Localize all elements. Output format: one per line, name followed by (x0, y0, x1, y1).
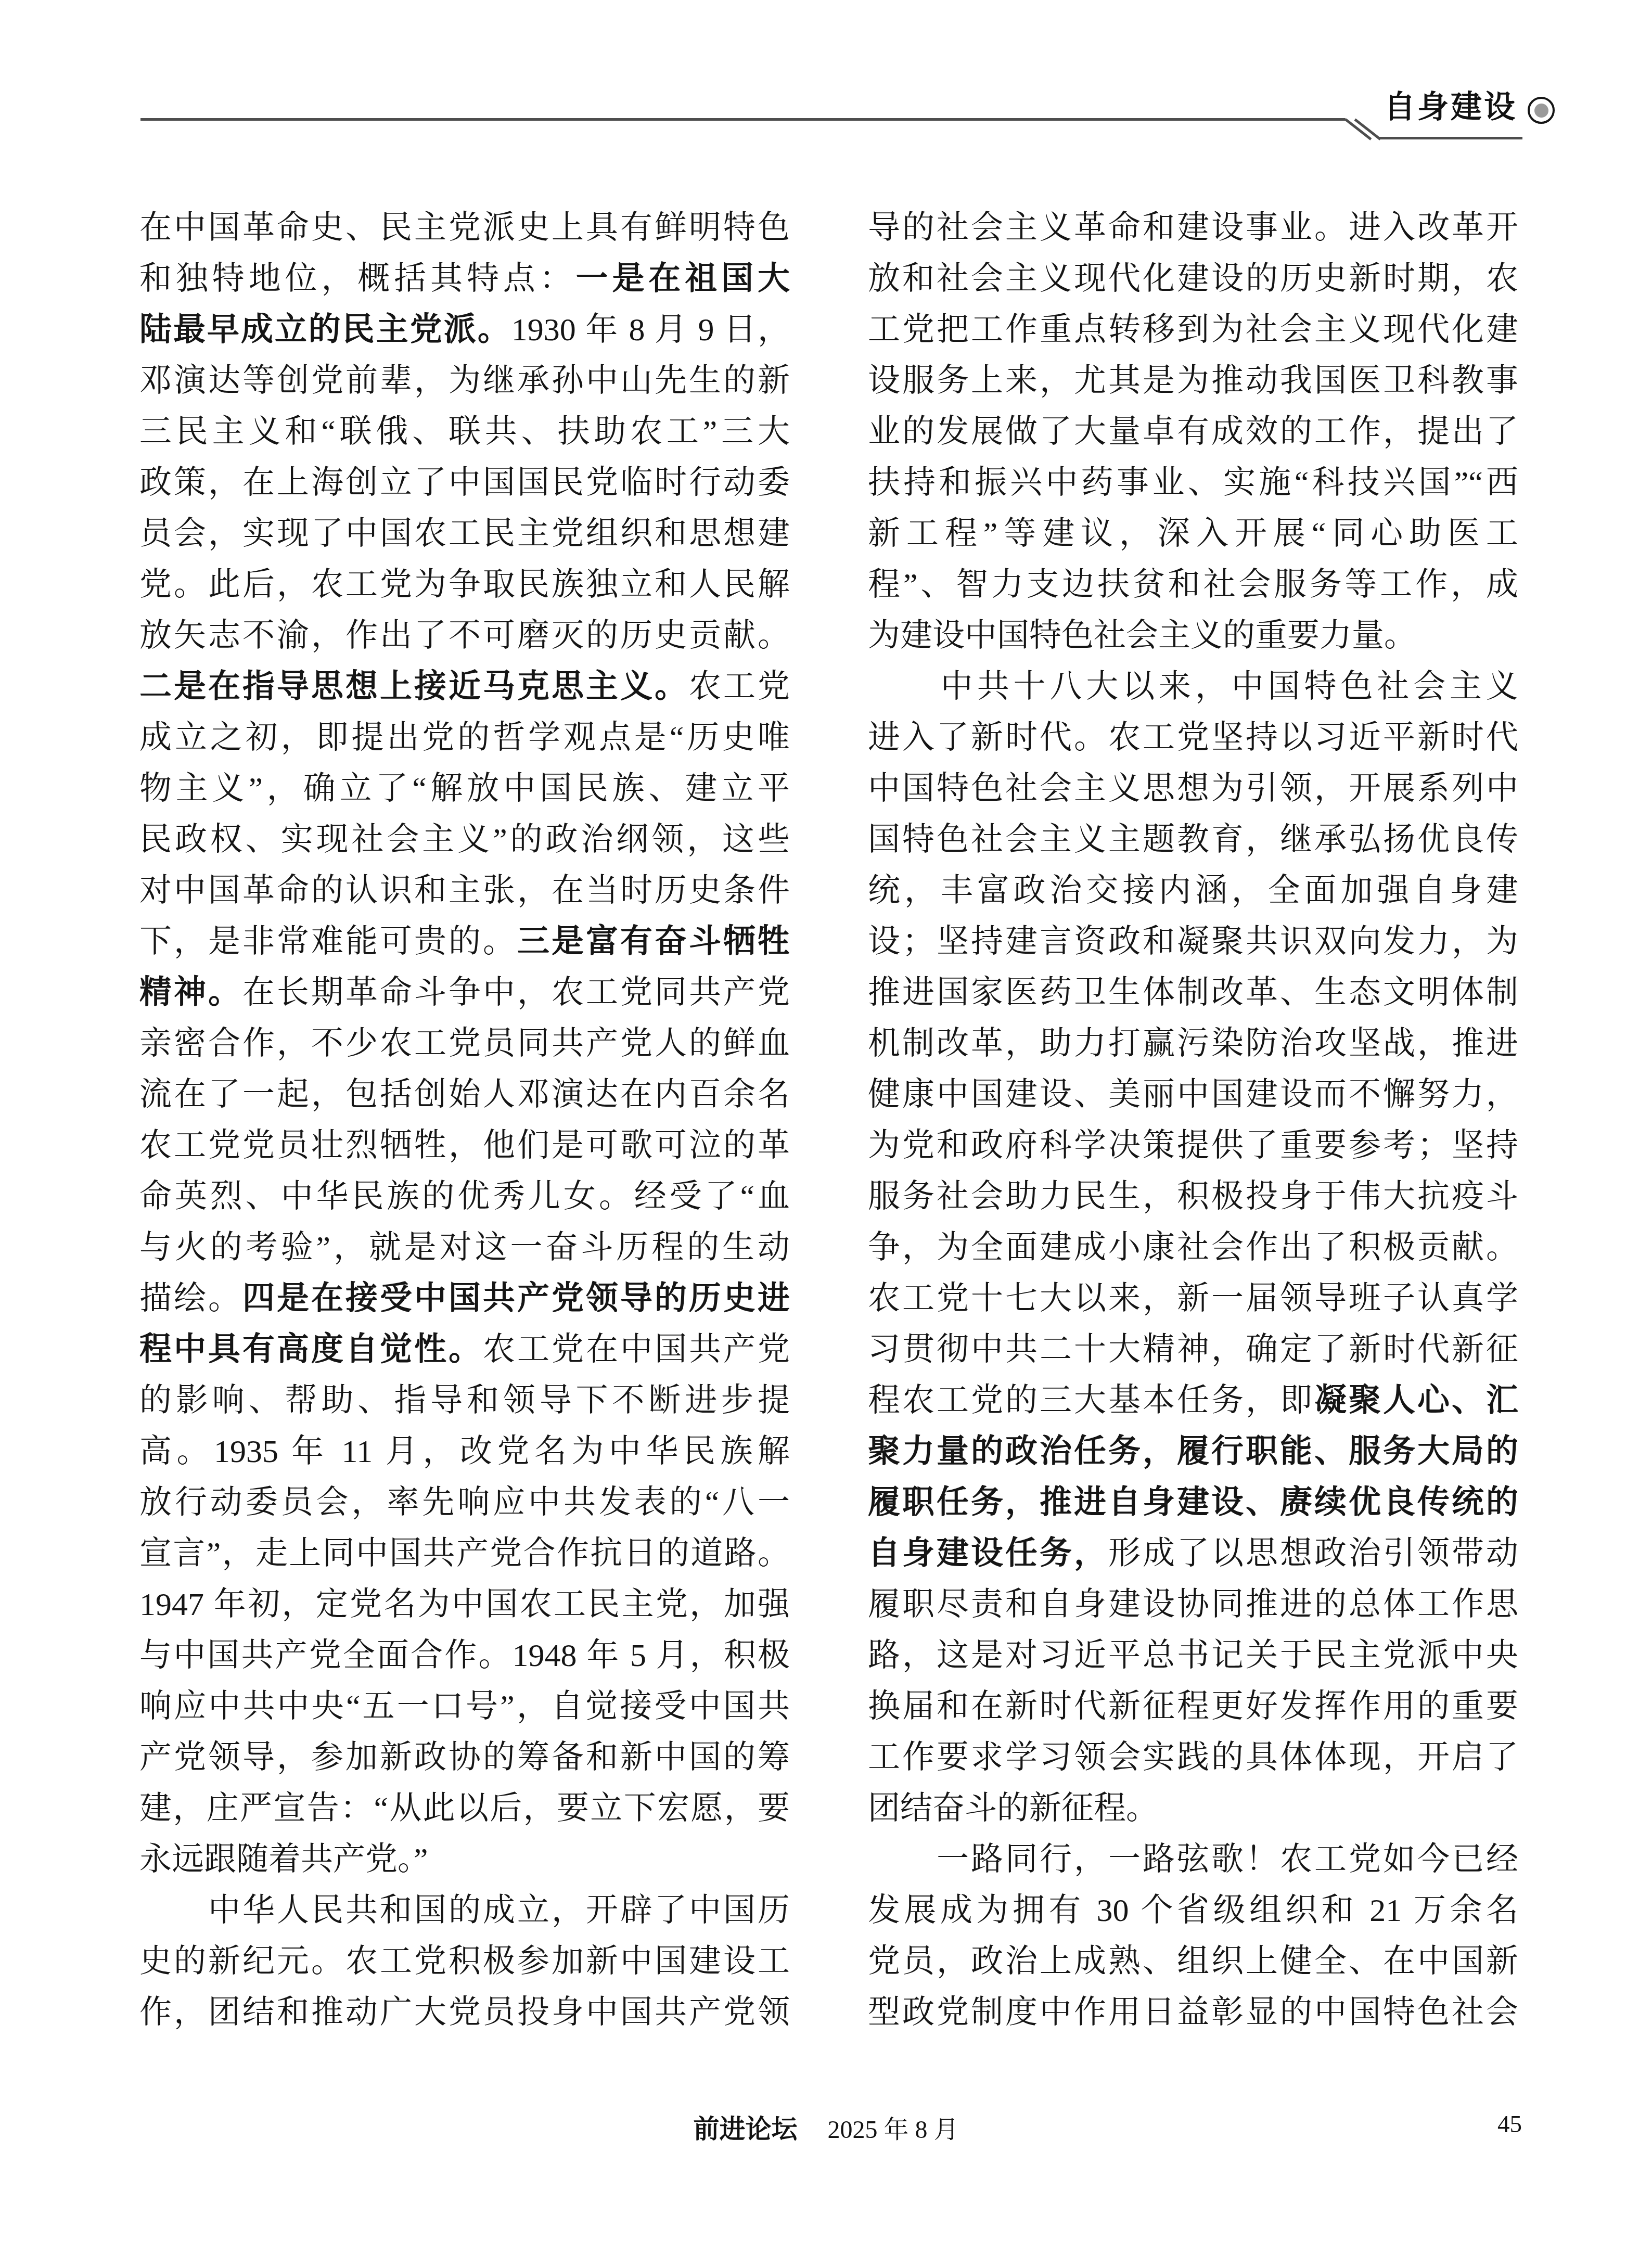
text-line: 作，团结和推动广大党员投身中国共产党领 (139, 1987, 790, 2038)
text-segment: 农工党十七大以来，新一届领导班子认真学 (868, 1281, 1518, 1316)
text-segment: 型政党制度中作用日益彰显的中国特色社会 (868, 1995, 1518, 2030)
text-segment: 业的发展做了大量卓有成效的工作，提出了 (868, 414, 1518, 450)
text-line: 型政党制度中作用日益彰显的中国特色社会 (868, 1987, 1518, 2038)
text-segment: 国特色社会主义主题教育，继承弘扬优良传 (868, 822, 1518, 857)
text-segment: 放和社会主义现代化建设的历史新时期，农 (868, 261, 1518, 297)
text-line: 流在了一起，包括创始人邓演达在内百余名 (139, 1069, 790, 1120)
text-segment: 1930 年 8 月 9 日， (511, 312, 790, 348)
journal-name: 前进论坛 (693, 2108, 797, 2146)
text-segment: 高。1935 年 11 月，改党名为中华民族解 (139, 1434, 790, 1469)
text-segment: 为党和政府科学决策提供了重要参考；坚持 (868, 1128, 1518, 1163)
bold-text-segment: 精神。 (139, 975, 242, 1010)
text-segment: 产党领导，参加新政协的筹备和新中国的筹 (139, 1740, 790, 1775)
text-line: 1947 年初，定党名为中国农工民主党，加强 (139, 1579, 790, 1630)
text-segment: 党。此后，农工党为争取民族独立和人民解 (139, 567, 790, 603)
text-line: 高。1935 年 11 月，改党名为中华民族解 (139, 1426, 790, 1477)
text-segment: 作，团结和推动广大党员投身中国共产党领 (139, 1995, 790, 2030)
section-label: 自身建设 (1384, 92, 1517, 123)
text-line: 进入了新时代。农工党坚持以习近平新时代 (868, 712, 1518, 763)
text-segment: 物主义”，确立了“解放中国民族、建立平 (139, 771, 790, 806)
text-line: 设服务上来，尤其是为推动我国医卫科教事 (868, 355, 1518, 406)
text-segment: 与中国共产党全面合作。1948 年 5 月，积极 (139, 1638, 790, 1673)
text-segment: 健康中国建设、美丽中国建设而不懈努力， (868, 1077, 1518, 1112)
text-line: 物主义”，确立了“解放中国民族、建立平 (139, 763, 790, 814)
text-segment: 与火的考验”，就是对这一奋斗历程的生动 (139, 1230, 790, 1265)
text-segment: 发展成为拥有 30 个省级组织和 21 万余名 (868, 1893, 1518, 1928)
text-line: 农工党十七大以来，新一届领导班子认真学 (868, 1273, 1518, 1324)
bold-text-segment: 履职任务，推进自身建设、赓续优良传统的 (868, 1485, 1518, 1520)
bold-text-segment: 聚力量的政治任务，履行职能、服务大局的 (868, 1434, 1518, 1469)
text-line: 健康中国建设、美丽中国建设而不懈努力， (868, 1069, 1518, 1120)
text-line: 中共十八大以来，中国特色社会主义 (868, 661, 1518, 712)
text-segment: 流在了一起，包括创始人邓演达在内百余名 (139, 1077, 790, 1112)
text-segment: 争，为全面建成小康社会作出了积极贡献。 (868, 1230, 1518, 1265)
text-line: 习贯彻中共二十大精神，确定了新时代新征 (868, 1324, 1518, 1375)
text-line: 设；坚持建言资政和凝聚共识双向发力，为 (868, 916, 1518, 967)
text-line: 程农工党的三大基本任务，即凝聚人心、汇 (868, 1375, 1518, 1426)
text-line: 三民主义和“联俄、联共、扶助农工”三大 (139, 406, 790, 457)
text-line: 亲密合作，不少农工党员同共产党人的鲜血 (139, 1018, 790, 1069)
header-rule-right (1378, 137, 1522, 139)
text-line: 为党和政府科学决策提供了重要参考；坚持 (868, 1120, 1518, 1171)
text-line: 描绘。四是在接受中国共产党领导的历史进 (139, 1273, 790, 1324)
text-line: 机制改革，助力打赢污染防治攻坚战，推进 (868, 1018, 1518, 1069)
text-segment: 中华人民共和国的成立，开辟了中国历 (139, 1893, 790, 1928)
text-line: 党。此后，农工党为争取民族独立和人民解 (139, 559, 790, 610)
text-column-right: 导的社会主义革命和建设事业。进入改革开放和社会主义现代化建设的历史新时期，农工党… (868, 202, 1518, 2038)
text-line: 与火的考验”，就是对这一奋斗历程的生动 (139, 1222, 790, 1273)
text-segment: 亲密合作，不少农工党员同共产党人的鲜血 (139, 1026, 790, 1061)
text-segment: 导的社会主义革命和建设事业。进入改革开 (868, 210, 1518, 246)
text-segment: 1947 年初，定党名为中国农工民主党，加强 (139, 1587, 790, 1622)
text-segment: 描绘。 (139, 1281, 242, 1316)
text-line: 响应中共中央“五一口号”，自觉接受中国共 (139, 1681, 790, 1732)
text-line: 邓演达等创党前辈，为继承孙中山先生的新 (139, 355, 790, 406)
text-line: 命英烈、中华民族的优秀儿女。经受了“血 (139, 1171, 790, 1222)
bold-text-segment: 程中具有高度自觉性。 (139, 1332, 483, 1367)
text-segment: 设服务上来，尤其是为推动我国医卫科教事 (868, 363, 1518, 399)
text-segment: 设；坚持建言资政和凝聚共识双向发力，为 (868, 924, 1518, 959)
text-segment: 一路同行，一路弦歌！农工党如今已经 (868, 1842, 1518, 1877)
text-line: 史的新纪元。农工党积极参加新中国建设工 (139, 1936, 790, 1987)
text-segment: 机制改革，助力打赢污染防治攻坚战，推进 (868, 1026, 1518, 1061)
text-segment: 团结奋斗的新征程。 (868, 1791, 1158, 1826)
text-line: 争，为全面建成小康社会作出了积极贡献。 (868, 1222, 1518, 1273)
text-segment: 三民主义和“联俄、联共、扶助农工”三大 (139, 414, 790, 450)
text-segment: 成立之初，即提出党的哲学观点是“历史唯 (139, 720, 790, 755)
text-column-left: 在中国革命史、民主党派史上具有鲜明特色和独特地位，概括其特点：一是在祖国大陆最早… (139, 202, 790, 2038)
text-segment: 响应中共中央“五一口号”，自觉接受中国共 (139, 1689, 790, 1724)
bold-text-segment: 四是在接受中国共产党领导的历史进 (242, 1281, 790, 1316)
text-line: 聚力量的政治任务，履行职能、服务大局的 (868, 1426, 1518, 1477)
text-line: 与中国共产党全面合作。1948 年 5 月，积极 (139, 1630, 790, 1681)
bold-text-segment: 二是在指导思想上接近马克思主义。 (139, 669, 689, 704)
text-line: 农工党党员壮烈牺牲，他们是可歌可泣的革 (139, 1120, 790, 1171)
text-line: 工作要求学习领会实践的具体体现，开启了 (868, 1732, 1518, 1783)
text-segment: 民政权、实现社会主义”的政治纲领，这些 (139, 822, 790, 857)
header-rule-left (140, 118, 1346, 121)
text-line: 在中国革命史、民主党派史上具有鲜明特色 (139, 202, 790, 253)
text-line: 业的发展做了大量卓有成效的工作，提出了 (868, 406, 1518, 457)
page-number: 45 (1497, 2110, 1522, 2138)
text-segment: 履职尽责和自身建设协同推进的总体工作思 (868, 1587, 1518, 1622)
text-line: 换届和在新时代新征程更好发挥作用的重要 (868, 1681, 1518, 1732)
bold-text-segment: 一是在祖国大 (576, 261, 790, 297)
text-line: 团结奋斗的新征程。 (868, 1783, 1518, 1834)
text-segment: 下，是非常难能可贵的。 (139, 924, 517, 959)
text-segment: 政策，在上海创立了中国国民党临时行动委 (139, 465, 790, 501)
text-line: 陆最早成立的民主党派。1930 年 8 月 9 日， (139, 304, 790, 355)
text-line: 统，丰富政治交接内涵，全面加强自身建 (868, 865, 1518, 916)
text-line: 发展成为拥有 30 个省级组织和 21 万余名 (868, 1885, 1518, 1936)
text-line: 履职尽责和自身建设协同推进的总体工作思 (868, 1579, 1518, 1630)
text-line: 下，是非常难能可贵的。三是富有奋斗牺牲 (139, 916, 790, 967)
text-segment: 中国特色社会主义思想为引领，开展系列中 (868, 771, 1518, 806)
text-segment: 为建设中国特色社会主义的重要力量。 (868, 618, 1416, 654)
text-line: 路，这是对习近平总书记关于民主党派中央 (868, 1630, 1518, 1681)
text-segment: 和独特地位，概括其特点： (139, 261, 576, 297)
text-line: 导的社会主义革命和建设事业。进入改革开 (868, 202, 1518, 253)
text-line: 精神。在长期革命斗争中，农工党同共产党 (139, 967, 790, 1018)
bold-text-segment: 凝聚人心、汇 (1314, 1383, 1518, 1418)
text-segment: 习贯彻中共二十大精神，确定了新时代新征 (868, 1332, 1518, 1367)
text-line: 中华人民共和国的成立，开辟了中国历 (139, 1885, 790, 1936)
text-segment: 对中国革命的认识和主张，在当时历史条件 (139, 873, 790, 908)
text-segment: 服务社会助力民生，积极投身于伟大抗疫斗 (868, 1179, 1518, 1214)
text-segment: 永远跟随着共产党。” (139, 1842, 428, 1877)
text-segment: 农工党党员壮烈牺牲，他们是可歌可泣的革 (139, 1128, 790, 1163)
text-segment: 在中国革命史、民主党派史上具有鲜明特色 (139, 210, 790, 246)
text-line: 扶持和振兴中药事业、实施“科技兴国”“西 (868, 457, 1518, 508)
text-line: 放矢志不渝，作出了不可磨灭的历史贡献。 (139, 610, 790, 661)
text-line: 工党把工作重点转移到为社会主义现代化建 (868, 304, 1518, 355)
text-line: 民政权、实现社会主义”的政治纲领，这些 (139, 814, 790, 865)
text-line: 放和社会主义现代化建设的历史新时期，农 (868, 253, 1518, 304)
text-line: 二是在指导思想上接近马克思主义。农工党 (139, 661, 790, 712)
text-segment: 邓演达等创党前辈，为继承孙中山先生的新 (139, 363, 790, 399)
text-segment: 中共十八大以来，中国特色社会主义 (868, 669, 1518, 704)
text-line: 对中国革命的认识和主张，在当时历史条件 (139, 865, 790, 916)
text-segment: 统，丰富政治交接内涵，全面加强自身建 (868, 873, 1518, 908)
bold-text-segment: 陆最早成立的民主党派。 (139, 312, 511, 348)
text-segment: 农工党 (689, 669, 790, 704)
text-segment: 放矢志不渝，作出了不可磨灭的历史贡献。 (139, 618, 790, 654)
text-segment: 工作要求学习领会实践的具体体现，开启了 (868, 1740, 1518, 1775)
text-line: 一路同行，一路弦歌！农工党如今已经 (868, 1834, 1518, 1885)
text-segment: 史的新纪元。农工党积极参加新中国建设工 (139, 1944, 790, 1979)
text-line: 为建设中国特色社会主义的重要力量。 (868, 610, 1518, 661)
text-line: 程中具有高度自觉性。农工党在中国共产党 (139, 1324, 790, 1375)
text-line: 国特色社会主义主题教育，继承弘扬优良传 (868, 814, 1518, 865)
text-segment: 路，这是对习近平总书记关于民主党派中央 (868, 1638, 1518, 1673)
circle-bullet-dot (1534, 104, 1548, 118)
text-line: 成立之初，即提出党的哲学观点是“历史唯 (139, 712, 790, 763)
text-segment: 进入了新时代。农工党坚持以习近平新时代 (868, 720, 1518, 755)
text-line: 中国特色社会主义思想为引领，开展系列中 (868, 763, 1518, 814)
text-segment: 推进国家医药卫生体制改革、生态文明体制 (868, 975, 1518, 1010)
text-line: 新工程”等建议，深入开展“同心助医工 (868, 508, 1518, 559)
text-line: 政策，在上海创立了中国国民党临时行动委 (139, 457, 790, 508)
bold-text-segment: 三是富有奋斗牺牲 (517, 924, 790, 959)
text-segment: 新工程”等建议，深入开展“同心助医工 (868, 516, 1518, 552)
text-segment: 党员，政治上成熟、组织上健全、在中国新 (868, 1944, 1518, 1979)
text-segment: 员会，实现了中国农工民主党组织和思想建 (139, 516, 790, 552)
journal-page: 自身建设 在中国革命史、民主党派史上具有鲜明特色和独特地位，概括其特点：一是在祖… (0, 0, 1652, 2242)
text-segment: 扶持和振兴中药事业、实施“科技兴国”“西 (868, 465, 1518, 501)
text-line: 和独特地位，概括其特点：一是在祖国大 (139, 253, 790, 304)
text-segment: 工党把工作重点转移到为社会主义现代化建 (868, 312, 1518, 348)
text-line: 员会，实现了中国农工民主党组织和思想建 (139, 508, 790, 559)
text-line: 建，庄严宣告：“从此以后，要立下宏愿，要 (139, 1783, 790, 1834)
text-line: 党员，政治上成熟、组织上健全、在中国新 (868, 1936, 1518, 1987)
text-segment: 建，庄严宣告：“从此以后，要立下宏愿，要 (139, 1791, 790, 1826)
text-line: 永远跟随着共产党。” (139, 1834, 790, 1885)
text-segment: 形成了以思想政治引领带动 (1108, 1536, 1518, 1571)
text-segment: 命英烈、中华民族的优秀儿女。经受了“血 (139, 1179, 790, 1214)
text-segment: 换届和在新时代新征程更好发挥作用的重要 (868, 1689, 1518, 1724)
circle-bullet-icon (1528, 97, 1555, 124)
text-segment: 农工党在中国共产党 (483, 1332, 790, 1367)
text-line: 产党领导，参加新政协的筹备和新中国的筹 (139, 1732, 790, 1783)
text-line: 放行动委员会，率先响应中共发表的“八一 (139, 1477, 790, 1528)
text-line: 的影响、帮助、指导和领导下不断进步提 (139, 1375, 790, 1426)
text-line: 宣言”，走上同中国共产党合作抗日的道路。 (139, 1528, 790, 1579)
text-line: 推进国家医药卫生体制改革、生态文明体制 (868, 967, 1518, 1018)
text-line: 服务社会助力民生，积极投身于伟大抗疫斗 (868, 1171, 1518, 1222)
text-line: 程”、智力支边扶贫和社会服务等工作，成 (868, 559, 1518, 610)
page-footer: 前进论坛 2025 年 8 月 (693, 2108, 958, 2146)
text-line: 履职任务，推进自身建设、赓续优良传统的 (868, 1477, 1518, 1528)
issue-date: 2025 年 8 月 (827, 2109, 958, 2145)
bold-text-segment: 自身建设任务， (868, 1536, 1108, 1571)
text-segment: 程农工党的三大基本任务，即 (868, 1383, 1314, 1418)
text-segment: 的影响、帮助、指导和领导下不断进步提 (139, 1383, 790, 1418)
text-segment: 宣言”，走上同中国共产党合作抗日的道路。 (139, 1536, 790, 1571)
text-line: 自身建设任务，形成了以思想政治引领带动 (868, 1528, 1518, 1579)
text-segment: 在长期革命斗争中，农工党同共产党 (242, 975, 790, 1010)
text-segment: 放行动委员会，率先响应中共发表的“八一 (139, 1485, 790, 1520)
text-segment: 程”、智力支边扶贫和社会服务等工作，成 (868, 567, 1518, 603)
